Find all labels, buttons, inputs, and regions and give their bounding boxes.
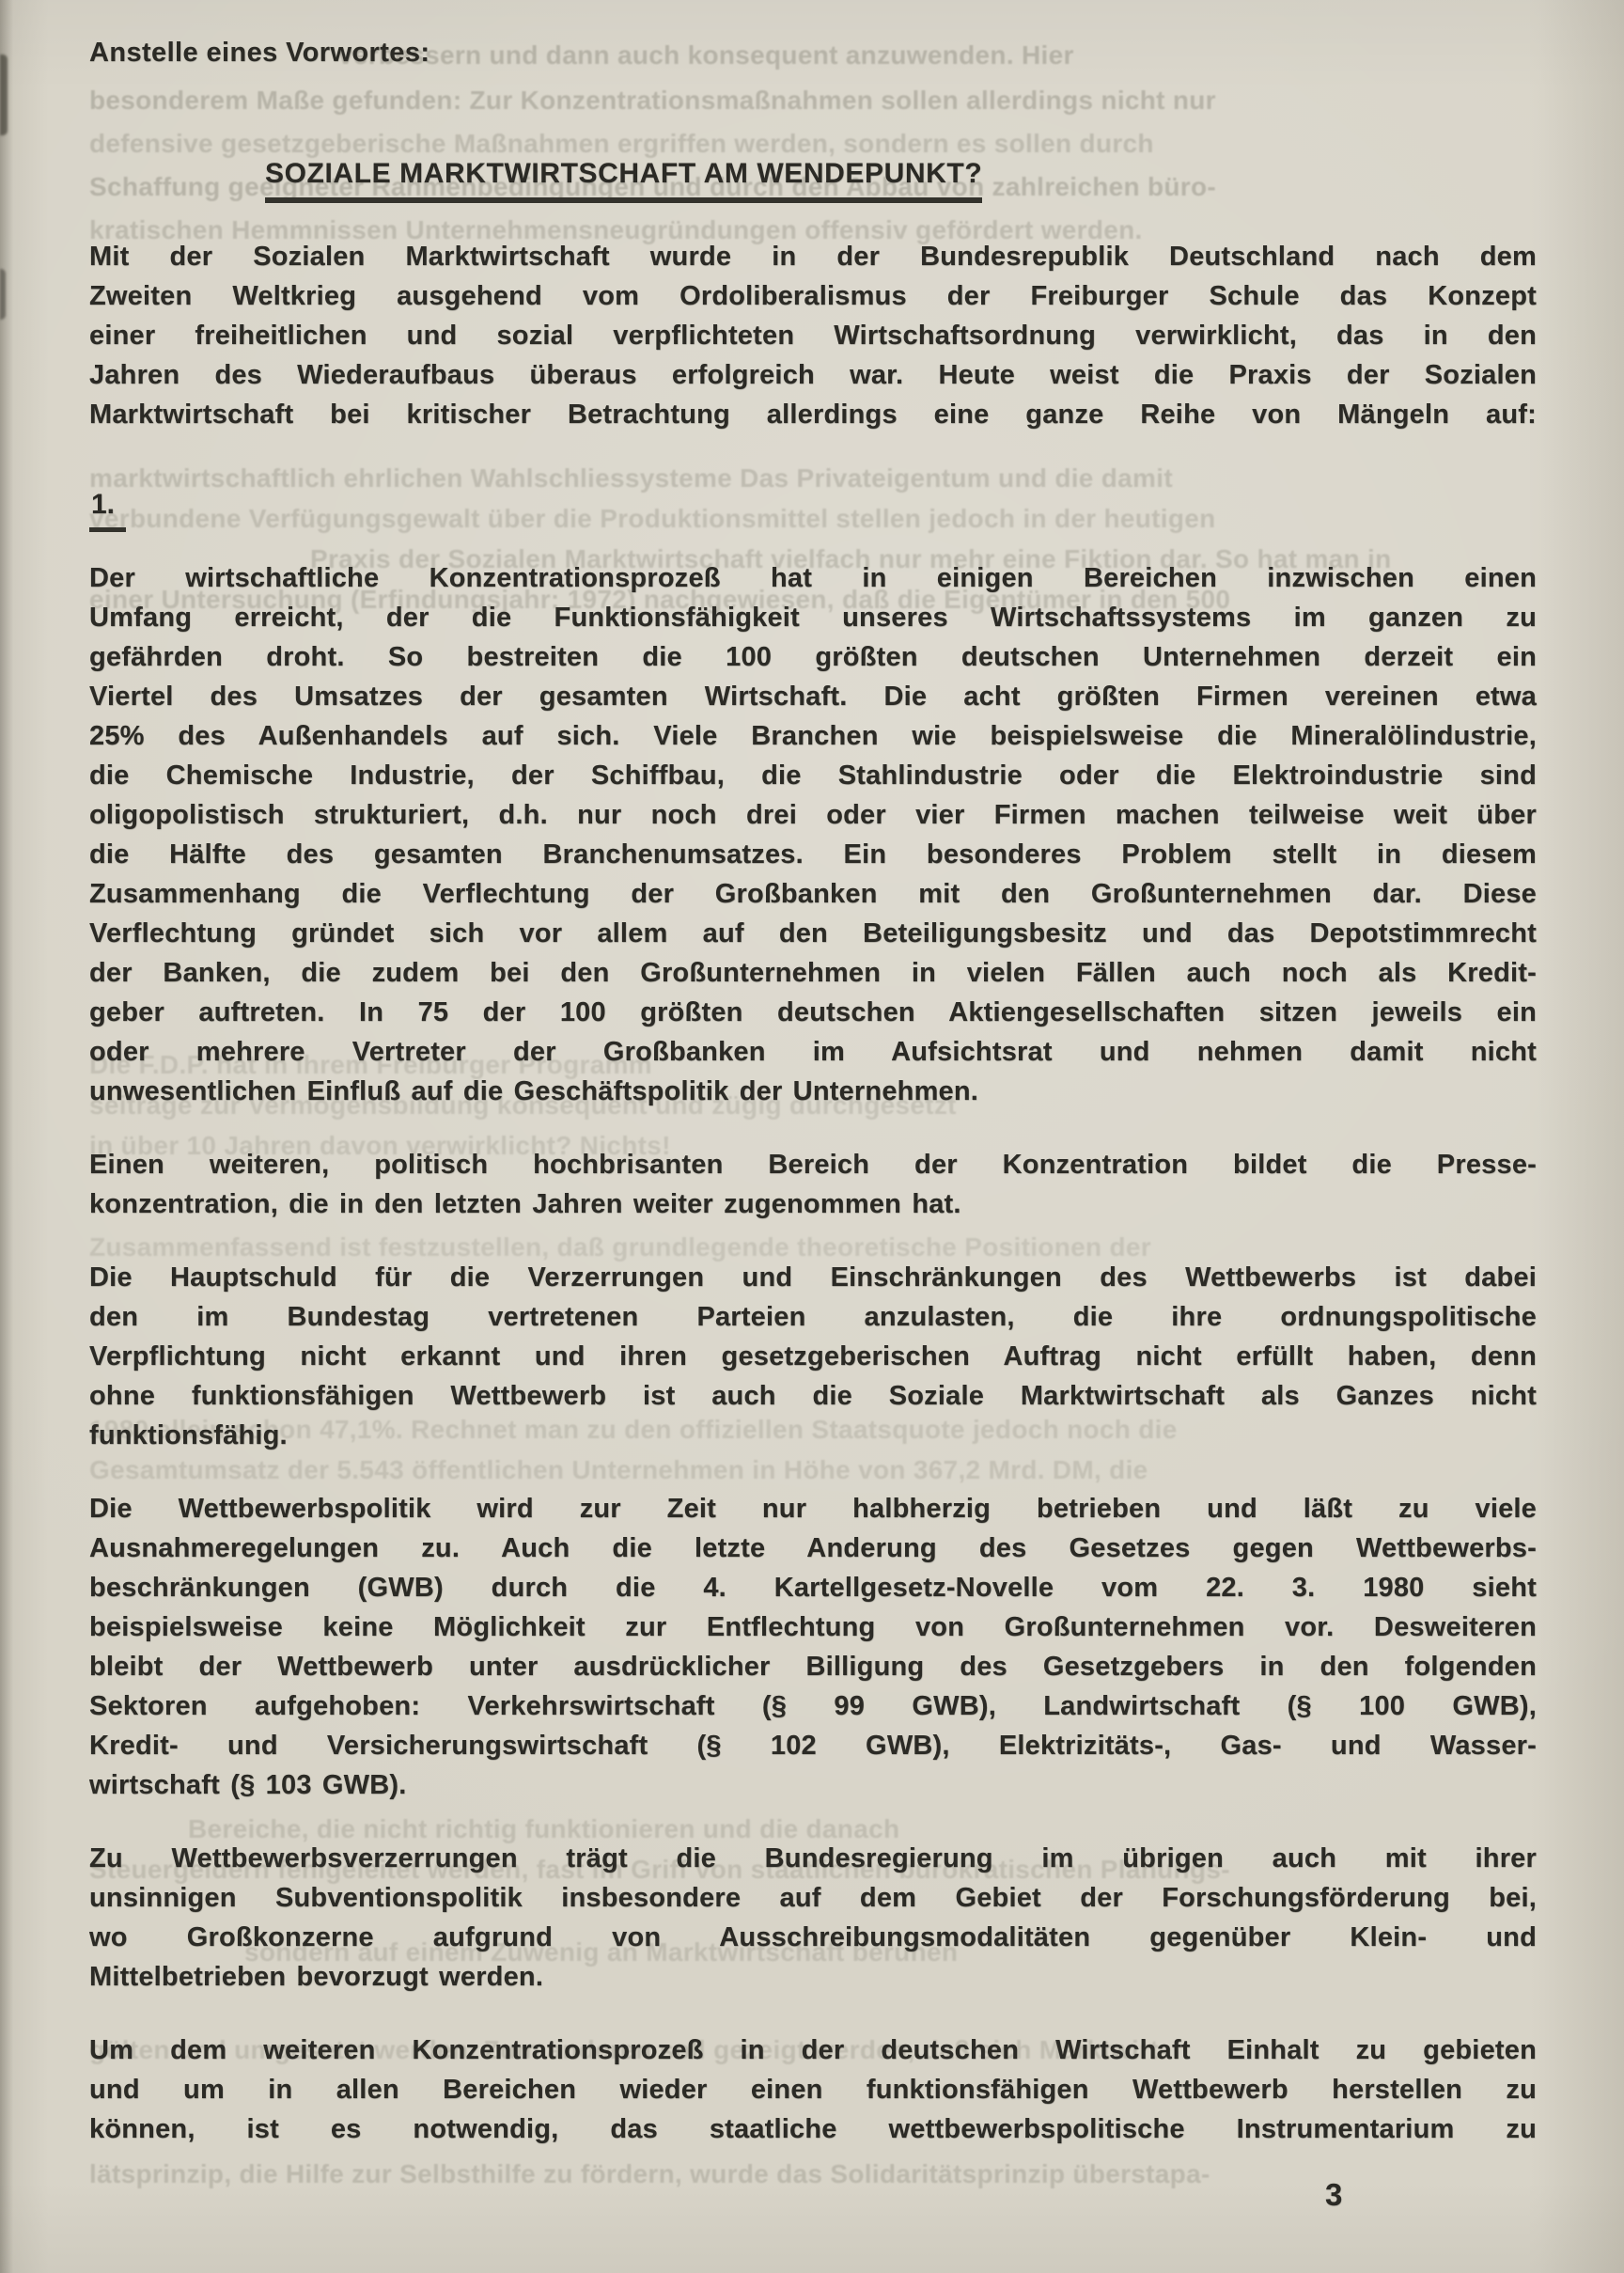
text-line: beispielsweise keine Möglichkeit zur Ent… xyxy=(89,1607,1537,1647)
section-marker: 1. xyxy=(89,485,1537,532)
text-line: Kredit- und Versicherungswirtschaft (§ 1… xyxy=(89,1726,1537,1765)
text-line: Zusammenhang die Verflechtung der Großba… xyxy=(89,874,1537,914)
paragraph: Die Wettbewerbspolitik wird zur Zeit nur… xyxy=(89,1489,1537,1805)
paragraph: Die Hauptschuld für die Verzerrungen und… xyxy=(89,1258,1537,1455)
paragraph: Zu Wettbewerbsverzerrungen trägt die Bun… xyxy=(89,1839,1537,1997)
text-line: Verpflichtung nicht erkannt und ihren ge… xyxy=(89,1337,1537,1376)
text-line: Zu Wettbewerbsverzerrungen trägt die Bun… xyxy=(89,1839,1537,1878)
text-line: der Banken, die zudem bei den Großuntern… xyxy=(89,953,1537,993)
scanned-document-page: verbessern und dann auch konsequent anzu… xyxy=(0,0,1624,2273)
text-line: konzentration, die in den letzten Jahren… xyxy=(89,1184,1537,1224)
text-line: bleibt der Wettbewerb unter ausdrücklich… xyxy=(89,1647,1537,1686)
text-line: funktionsfähig. xyxy=(89,1416,1537,1455)
text-line: gefährden droht. So bestreiten die 100 g… xyxy=(89,637,1537,677)
text-line: unwesentlichen Einfluß auf die Geschäfts… xyxy=(89,1072,1537,1111)
text-layer: Anstelle eines Vorwortes: SOZIALE MARKTW… xyxy=(0,0,1624,2273)
text-line: den im Bundestag vertretenen Parteien an… xyxy=(89,1297,1537,1337)
text-line: Zweiten Weltkrieg ausgehend vom Ordolibe… xyxy=(89,276,1537,316)
text-line: ohne funktionsfähigen Wettbewerb ist auc… xyxy=(89,1376,1537,1416)
text-line: Verflechtung gründet sich vor allem auf … xyxy=(89,914,1537,953)
text-line: beschränkungen (GWB) durch die 4. Kartel… xyxy=(89,1568,1537,1607)
paragraph: Der wirtschaftliche Konzentrationsprozeß… xyxy=(89,558,1537,1111)
text-line: Jahren des Wiederaufbaus überaus erfolgr… xyxy=(89,355,1537,395)
text-line: Umfang erreicht, der die Funktionsfähigk… xyxy=(89,598,1537,637)
text-line: Mittelbetrieben bevorzugt werden. xyxy=(89,1957,1537,1997)
paragraph: Mit der Sozialen Marktwirtschaft wurde i… xyxy=(89,237,1537,434)
text-line: können, ist es notwendig, das staatliche… xyxy=(89,2109,1537,2149)
text-line: Viertel des Umsatzes der gesamten Wirtsc… xyxy=(89,677,1537,716)
text-line: oder mehrere Vertreter der Großbanken im… xyxy=(89,1032,1537,1072)
header-note: Anstelle eines Vorwortes: xyxy=(89,38,429,69)
text-line: wo Großkonzerne aufgrund von Ausschreibu… xyxy=(89,1918,1537,1957)
document-title: SOZIALE MARKTWIRTSCHAFT AM WENDEPUNKT? xyxy=(265,158,982,203)
text-line: einer freiheitlichen und sozial verpflic… xyxy=(89,316,1537,355)
paragraph: Um dem weiteren Konzentrationsprozeß in … xyxy=(89,2030,1537,2149)
text-line: Mit der Sozialen Marktwirtschaft wurde i… xyxy=(89,237,1537,276)
text-line: geber auftreten. In 75 der 100 größten d… xyxy=(89,993,1537,1032)
text-line: unsinnigen Subventionspolitik insbesonde… xyxy=(89,1878,1537,1918)
text-line: Die Wettbewerbspolitik wird zur Zeit nur… xyxy=(89,1489,1537,1528)
text-line: und um in allen Bereichen wieder einen f… xyxy=(89,2070,1537,2109)
text-line: Um dem weiteren Konzentrationsprozeß in … xyxy=(89,2030,1537,2070)
section-number: 1. xyxy=(89,485,126,532)
text-line: Der wirtschaftliche Konzentrationsprozeß… xyxy=(89,558,1537,598)
text-line: Einen weiteren, politisch hochbrisanten … xyxy=(89,1145,1537,1184)
text-line: Die Hauptschuld für die Verzerrungen und… xyxy=(89,1258,1537,1297)
text-line: Ausnahmeregelungen zu. Auch die letzte A… xyxy=(89,1528,1537,1568)
page-number: 3 xyxy=(1325,2177,1342,2213)
text-line: wirtschaft (§ 103 GWB). xyxy=(89,1765,1537,1805)
text-line: die Hälfte des gesamten Branchenumsatzes… xyxy=(89,835,1537,874)
text-line: oligopolistisch strukturiert, d.h. nur n… xyxy=(89,795,1537,835)
paragraph: Einen weiteren, politisch hochbrisanten … xyxy=(89,1145,1537,1224)
text-line: Sektoren aufgehoben: Verkehrswirtschaft … xyxy=(89,1686,1537,1726)
text-line: die Chemische Industrie, der Schiffbau, … xyxy=(89,756,1537,795)
text-line: Marktwirtschaft bei kritischer Betrachtu… xyxy=(89,395,1537,434)
text-line: 25% des Außenhandels auf sich. Viele Bra… xyxy=(89,716,1537,756)
document-body: Mit der Sozialen Marktwirtschaft wurde i… xyxy=(89,237,1537,2183)
